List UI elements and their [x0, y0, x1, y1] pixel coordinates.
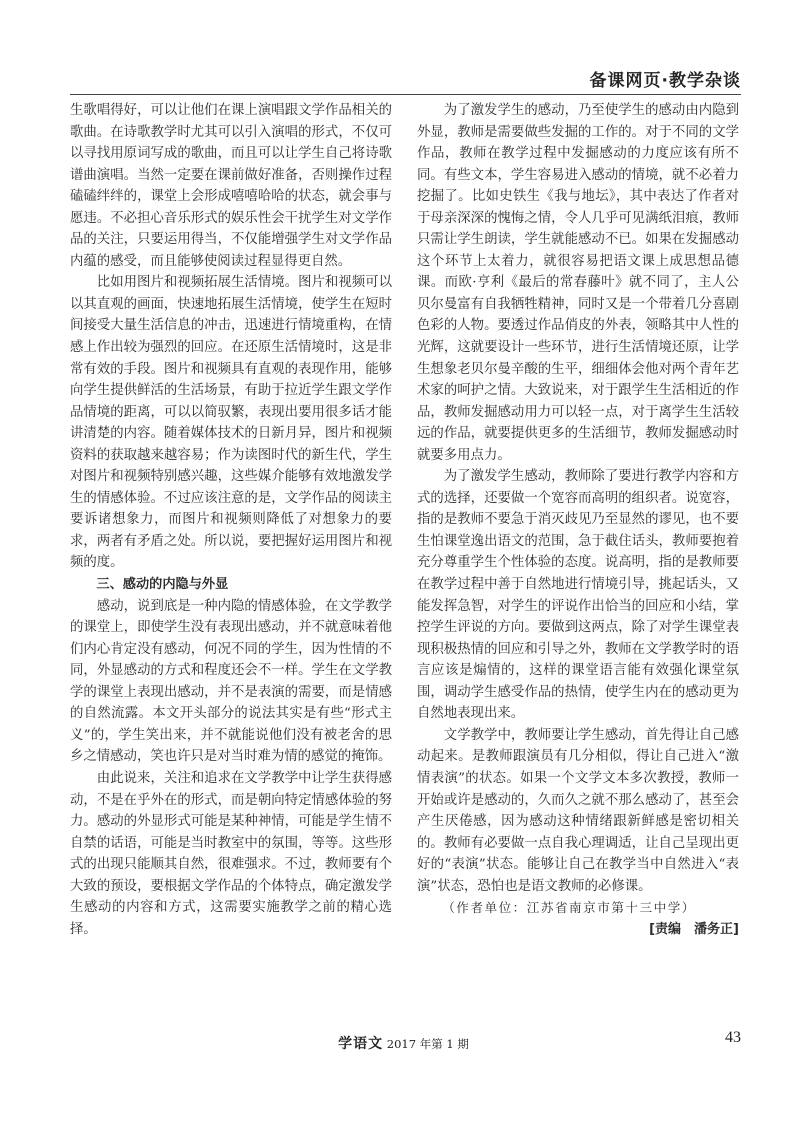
- paragraph: 文学教学中，教师要让学生感动，首先得让自己感动起来。是教师跟演员有几分相似，得让…: [417, 725, 739, 897]
- section-heading: 三、感动的内隐与外显: [70, 574, 392, 596]
- paragraph: 由此说来，关注和追求在文学教学中让学生获得感动，不是在乎外在的形式，而是朝向特定…: [70, 768, 392, 940]
- editor-credit: [责编 潘务正]: [417, 919, 739, 941]
- header-rule: [70, 94, 741, 95]
- issue-label: 2017 年第 1 期: [387, 1037, 469, 1051]
- paragraph: 为了激发学生的感动，乃至使学生的感动由内隐到外显，教师是需要做些发掘的工作的。对…: [417, 100, 739, 466]
- author-affiliation: （作者单位：江苏省南京市第十三中学）: [417, 897, 739, 919]
- paragraph: 比如用图片和视频拓展生活情境。图片和视频可以以其直观的画面，快速地拓展生活情境，…: [70, 272, 392, 574]
- paragraph: 为了激发学生感动，教师除了要进行教学内容和方式的选择，还要做一个宽容而高明的组织…: [417, 466, 739, 725]
- right-column: 为了激发学生的感动，乃至使学生的感动由内隐到外显，教师是需要做些发掘的工作的。对…: [417, 100, 739, 940]
- page-footer: 学语文 2017 年第 1 期: [0, 1033, 807, 1053]
- page-number: 43: [725, 1029, 741, 1047]
- journal-name: 学语文: [338, 1036, 383, 1052]
- left-column: 生歌唱得好，可以让他们在课上演唱跟文学作品相关的歌曲。在诗歌教学时尤其可以引入演…: [70, 100, 392, 940]
- paragraph: 生歌唱得好，可以让他们在课上演唱跟文学作品相关的歌曲。在诗歌教学时尤其可以引入演…: [70, 100, 392, 272]
- running-head: 备课网页·教学杂谈: [590, 66, 741, 91]
- paragraph: 感动，说到底是一种内隐的情感体验，在文学教学的课堂上，即使学生没有表现出感动，并…: [70, 596, 392, 768]
